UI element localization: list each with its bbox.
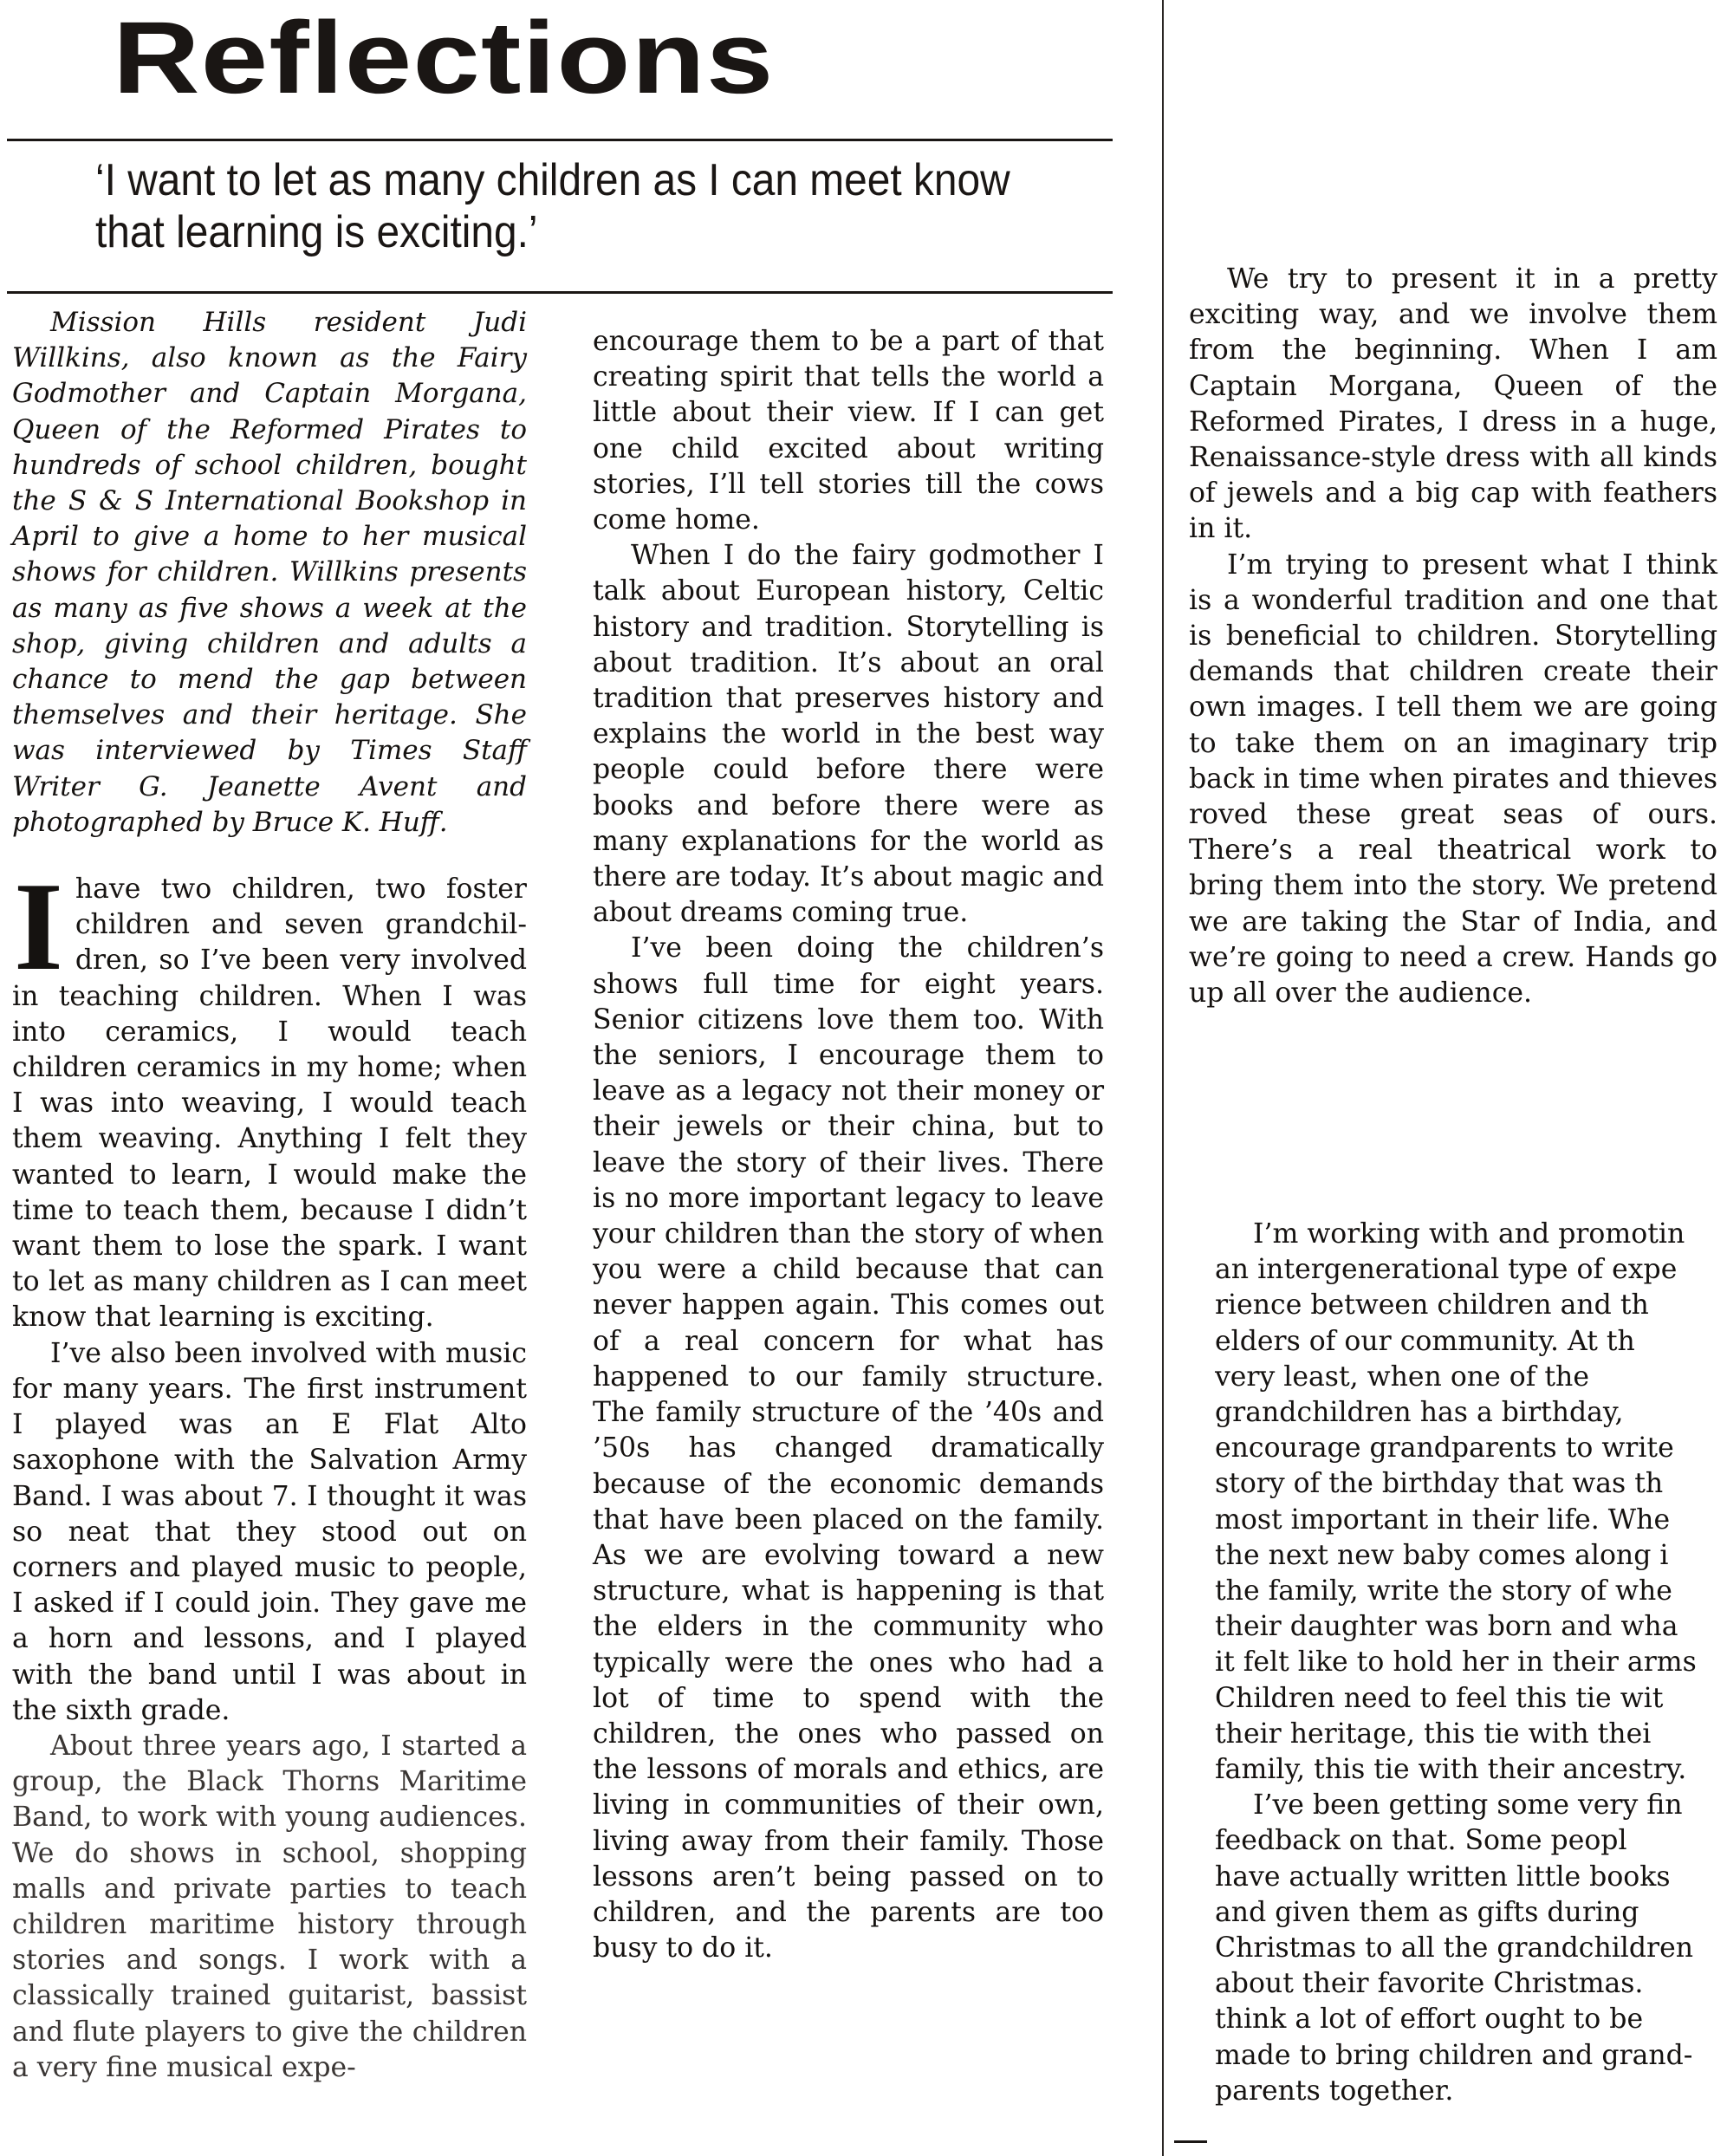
end-mark	[1174, 2140, 1207, 2143]
drop-cap: I	[14, 875, 63, 977]
text-line: the next new baby comes along i	[1215, 1538, 1727, 1574]
text-line: Christmas to all the grandchildren	[1215, 1931, 1727, 1966]
text-line: family, this tie with their ancestry.	[1215, 1752, 1727, 1788]
text-line: feedback on that. Some peopl	[1215, 1823, 1727, 1859]
text-line: it felt like to hold her in their arms	[1215, 1645, 1727, 1680]
text-line: parents together.	[1215, 2074, 1727, 2109]
text-line: rience between children and th	[1215, 1288, 1727, 1323]
text-line: I’m working with and promotin	[1215, 1217, 1727, 1252]
paragraph: When I do the fairy godmother I talk abo…	[593, 538, 1104, 931]
paragraph: About three years ago, I started a group…	[12, 1729, 527, 2086]
text-line: I’ve been getting some very fin	[1215, 1788, 1727, 1823]
text-line: story of the birthday that was th	[1215, 1466, 1727, 1502]
text-line: very least, when one of the	[1215, 1360, 1727, 1395]
text-line: elders of our community. At th	[1215, 1324, 1727, 1360]
intro-italic: Mission Hills resident Judi Willkins, al…	[12, 305, 527, 841]
title-rule	[7, 139, 1113, 141]
article-column-2: encourage them to be a part of that crea…	[593, 324, 1104, 1966]
text-line: have actually written little books	[1215, 1860, 1727, 1895]
column-divider	[1162, 0, 1164, 2156]
text-line: an intergenerational type of expe	[1215, 1252, 1727, 1288]
article-column-1: Mission Hills resident Judi Willkins, al…	[12, 305, 527, 2086]
paragraph: have two children, two foster children a…	[12, 872, 527, 1336]
text-line: the family, write the story of whe	[1215, 1574, 1727, 1609]
paragraph: encourage them to be a part of that crea…	[593, 324, 1104, 538]
article-column-3-continued: I’m working with and promotinan intergen…	[1215, 1217, 1727, 2109]
text-line: and given them as gifts during	[1215, 1895, 1727, 1931]
text-line: their daughter was born and wha	[1215, 1609, 1727, 1645]
paragraph: We try to present it in a pretty excitin…	[1189, 262, 1717, 548]
text-line: most important in their life. Whe	[1215, 1503, 1727, 1538]
text-line: about their favorite Christmas.	[1215, 1966, 1727, 2002]
paragraph: I’ve been doing the children’s shows ful…	[593, 931, 1104, 1966]
text-line: grandchildren has a birthday,	[1215, 1395, 1727, 1431]
pullquote-rule	[7, 291, 1113, 294]
intro-paragraph: Mission Hills resident Judi Willkins, al…	[12, 305, 527, 841]
body-start: I have two children, two foster children…	[12, 872, 527, 1336]
article-column-3: We try to present it in a pretty excitin…	[1189, 262, 1717, 1011]
text-line: Children need to feel this tie wit	[1215, 1681, 1727, 1717]
pull-quote: ‘I want to let as many children as I can…	[95, 154, 1044, 258]
paragraph: I’m trying to present what I think is a …	[1189, 548, 1717, 1012]
page-title: Reflections	[113, 7, 775, 109]
text-line: made to bring children and grand-	[1215, 2038, 1727, 2074]
paragraph: I’ve also been involved with music for m…	[12, 1336, 527, 1729]
text-line: their heritage, this tie with thei	[1215, 1717, 1727, 1752]
text-line: think a lot of effort ought to be	[1215, 2002, 1727, 2037]
text-line: encourage grandparents to write	[1215, 1431, 1727, 1466]
